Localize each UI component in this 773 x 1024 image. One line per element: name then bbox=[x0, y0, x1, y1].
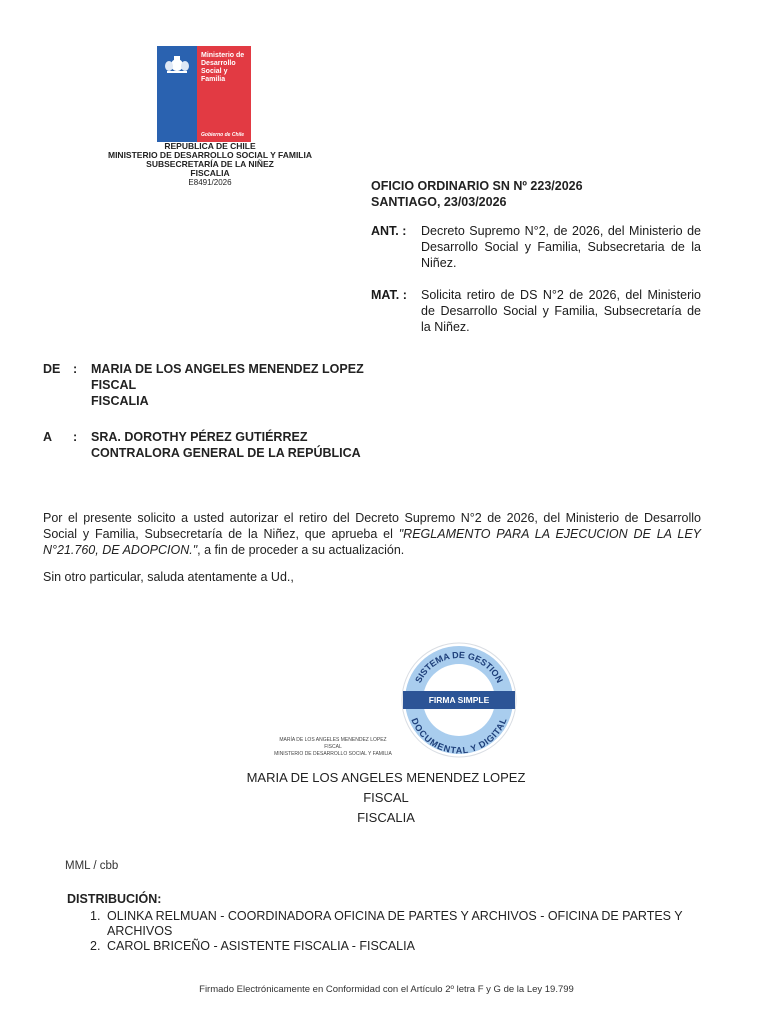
distribution-item-text: OLINKA RELMUAN - COORDINADORA OFICINA DE… bbox=[107, 909, 690, 939]
recipient-label: A bbox=[43, 429, 73, 461]
signatory-block: MARIA DE LOS ANGELES MENENDEZ LOPEZ FISC… bbox=[186, 768, 586, 828]
sender-block: DE : MARIA DE LOS ANGELES MENENDEZ LOPEZ… bbox=[43, 361, 364, 409]
distribution-item: 1.OLINKA RELMUAN - COORDINADORA OFICINA … bbox=[90, 909, 690, 939]
signature-stamp: MARÍA DE LOS ANGELES MENENDEZ LOPEZ FISC… bbox=[258, 737, 408, 758]
electronic-signature-footer: Firmado Electrónicamente en Conformidad … bbox=[0, 984, 773, 995]
sender-line: FISCALIA bbox=[91, 393, 364, 409]
item-number: 2. bbox=[90, 939, 107, 954]
signatory-unit: FISCALIA bbox=[186, 808, 586, 828]
header-line: FISCALIA bbox=[60, 169, 360, 178]
logo-line: Ministerio de bbox=[201, 52, 244, 60]
recipient-line: CONTRALORA GENERAL DE LA REPÚBLICA bbox=[91, 445, 361, 461]
reference-label: ANT. : bbox=[371, 223, 421, 271]
recipient-line: SRA. DOROTHY PÉREZ GUTIÉRREZ bbox=[91, 429, 361, 445]
reference-label-text: MAT. bbox=[371, 288, 399, 302]
distribution-list: 1.OLINKA RELMUAN - COORDINADORA OFICINA … bbox=[90, 909, 690, 954]
item-number: 1. bbox=[90, 909, 107, 939]
oficio-place-date: SANTIAGO, 23/03/2026 bbox=[371, 194, 583, 210]
ministry-logo: Ministerio de Desarrollo Social y Famili… bbox=[157, 46, 251, 142]
body-paragraph: Por el presente solicito a usted autoriz… bbox=[43, 510, 701, 558]
signatory-title: FISCAL bbox=[186, 788, 586, 808]
reference-label-text: ANT. bbox=[371, 224, 399, 238]
logo-red-panel: Ministerio de Desarrollo Social y Famili… bbox=[197, 46, 251, 142]
reference-ant: ANT. : Decreto Supremo N°2, de 2026, del… bbox=[371, 223, 701, 271]
reference-mat: MAT. : Solicita retiro de DS N°2 de 2026… bbox=[371, 287, 701, 335]
logo-line: Familia bbox=[201, 76, 244, 84]
separator: : bbox=[73, 429, 91, 461]
distribution-heading: DISTRIBUCIÓN: bbox=[67, 892, 161, 906]
signature-stamp-line: MINISTERIO DE DESARROLLO SOCIAL Y FAMILI… bbox=[258, 751, 408, 758]
closing-line: Sin otro particular, saluda atentamente … bbox=[43, 570, 294, 584]
drafter-initials: MML / cbb bbox=[65, 860, 118, 872]
signature-stamp-line: MARÍA DE LOS ANGELES MENENDEZ LOPEZ bbox=[258, 737, 408, 744]
firma-simple-seal-icon: SISTEMA DE GESTION FIRMA SIMPLE DOCUMENT… bbox=[400, 641, 518, 759]
seal-band-text: FIRMA SIMPLE bbox=[429, 695, 490, 705]
signature-stamp-line: FISCAL bbox=[258, 744, 408, 751]
oficio-heading: OFICIO ORDINARIO SN Nº 223/2026 SANTIAGO… bbox=[371, 178, 583, 210]
oficio-number: OFICIO ORDINARIO SN Nº 223/2026 bbox=[371, 178, 583, 194]
logo-line: Social y bbox=[201, 68, 244, 76]
distribution-item: 2.CAROL BRICEÑO - ASISTENTE FISCALIA - F… bbox=[90, 939, 690, 954]
sender-line: FISCAL bbox=[91, 377, 364, 393]
logo-government-text: Gobierno de Chile bbox=[201, 132, 244, 138]
logo-ministry-text: Ministerio de Desarrollo Social y Famili… bbox=[201, 52, 244, 84]
signatory-name: MARIA DE LOS ANGELES MENENDEZ LOPEZ bbox=[186, 768, 586, 788]
institution-header: REPUBLICA DE CHILE MINISTERIO DE DESARRO… bbox=[60, 142, 360, 187]
logo-line: Desarrollo bbox=[201, 60, 244, 68]
sender-line: MARIA DE LOS ANGELES MENENDEZ LOPEZ bbox=[91, 361, 364, 377]
chile-coat-of-arms-icon bbox=[164, 54, 190, 74]
body-text-2: , a fin de proceder a su actualización. bbox=[197, 543, 404, 557]
document-code: E8491/2026 bbox=[60, 178, 360, 187]
reference-text: Decreto Supremo N°2, de 2026, del Minist… bbox=[421, 223, 701, 271]
separator: : bbox=[73, 361, 91, 409]
recipient-block: A : SRA. DOROTHY PÉREZ GUTIÉRREZ CONTRAL… bbox=[43, 429, 361, 461]
distribution-item-text: CAROL BRICEÑO - ASISTENTE FISCALIA - FIS… bbox=[107, 939, 415, 954]
reference-text: Solicita retiro de DS N°2 de 2026, del M… bbox=[421, 287, 701, 335]
logo-blue-panel bbox=[157, 46, 197, 142]
sender-lines: MARIA DE LOS ANGELES MENENDEZ LOPEZ FISC… bbox=[91, 361, 364, 409]
sender-label: DE bbox=[43, 361, 73, 409]
reference-label: MAT. : bbox=[371, 287, 421, 335]
recipient-lines: SRA. DOROTHY PÉREZ GUTIÉRREZ CONTRALORA … bbox=[91, 429, 361, 461]
